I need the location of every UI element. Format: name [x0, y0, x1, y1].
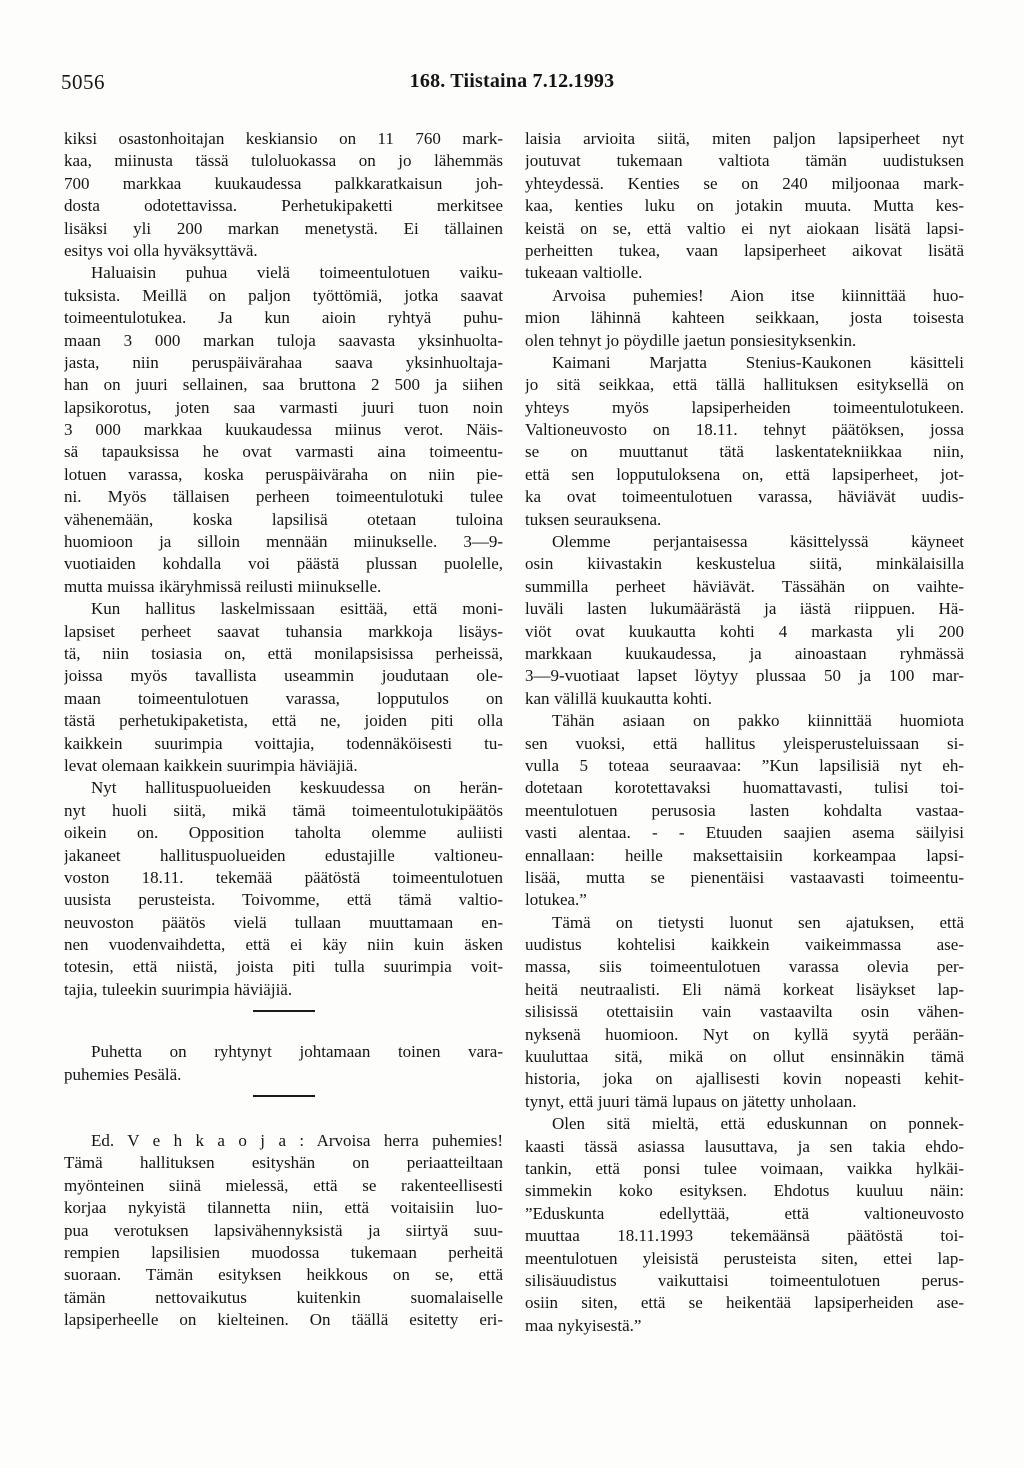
text-line: Olemme perjantaisessa käsittelyssä käyne…	[525, 531, 964, 553]
paragraph-hallituspuolueet: Nyt hallituspuolueiden keskuudessa on he…	[64, 777, 503, 1001]
text-line: yhteys myös lapsiperheiden toimeentulotu…	[525, 397, 964, 419]
text-line: summilla perheet häviävät. Tässähän on v…	[525, 576, 964, 598]
text-line: dotetaan korotettavaksi huomattavasti, t…	[525, 777, 964, 799]
text-line: korjaa nykyistä tilannetta niin, että vo…	[64, 1197, 503, 1219]
text-line: tästä perhetukipaketista, että ne, joide…	[64, 710, 503, 732]
session-header-title: 168. Tiistaina 7.12.1993	[0, 70, 1024, 93]
text-line: lapsiperheelle on kielteinen. On täällä …	[64, 1309, 503, 1331]
text-line: tukeaan valtiolle.	[525, 262, 964, 284]
text-line: vuotiaiden kohdalla voi päästä plussan p…	[64, 553, 503, 575]
chair-announcement: Puhetta on ryhtynyt johtamaan toinen var…	[64, 1041, 503, 1086]
paragraph-stenius-kaukonen: Kaimani Marjatta Stenius-Kaukonen käsitt…	[525, 352, 964, 531]
text-line: Ed. V e h k a o j a : Arvoisa herra puhe…	[64, 1130, 503, 1152]
text-line: Tämä on tietysti luonut sen ajatuksen, e…	[525, 912, 964, 934]
text-line: mutta muissa ikäryhmissä reilusti miinuk…	[64, 576, 503, 598]
paragraph-arvoisa-puhemies: Arvoisa puhemies! Aion itse kiinnittää h…	[525, 285, 964, 352]
text-line: 700 markkaa kuukaudessa palkkaratkaisun …	[64, 173, 503, 195]
text-line: lapsikorotus, joten saa varmasti juuri t…	[64, 397, 503, 419]
text-line: että sen lopputuloksena on, että lapsipe…	[525, 464, 964, 486]
text-line: osin kiivastakin keskustelua siitä, mink…	[525, 553, 964, 575]
text-line: Nyt hallituspuolueiden keskuudessa on he…	[64, 777, 503, 799]
text-line: toimeentulotukea. Ja kun aioin ryhtyä pu…	[64, 307, 503, 329]
text-line: 3—9-vuotiaat lapset löytyy plussaa 50 ja…	[525, 665, 964, 687]
text-line: Valtioneuvosto on 18.11. tehnyt päätökse…	[525, 419, 964, 441]
text-line: Kun hallitus laskelmissaan esittää, että…	[64, 598, 503, 620]
text-line: tuksista. Meillä on paljon työttömiä, jo…	[64, 285, 503, 307]
text-line: 3 000 markkaa kuukaudessa miinus verot. …	[64, 419, 503, 441]
text-line: tynyt, että juuri tämä lupaus on jätetty…	[525, 1091, 964, 1113]
text-line: neuvoston päätös vielä tullaan muuttamaa…	[64, 912, 503, 934]
text-line: Haluaisin puhua vielä toimeentulotuen va…	[64, 262, 503, 284]
right-text-column: laisia arvioita siitä, miten paljon laps…	[525, 128, 964, 1337]
text-line: kaikkein suurimpia voittajia, todennäköi…	[64, 733, 503, 755]
scanned-document-page: 5056 168. Tiistaina 7.12.1993 kiksi osas…	[0, 0, 1024, 1468]
text-line: historia, joka on ajallisesti kovin nope…	[525, 1068, 964, 1090]
text-line: jo sitä seikkaa, että tällä hallituksen …	[525, 374, 964, 396]
text-line: jasta, niin peruspäivärahaa saava yksinh…	[64, 352, 503, 374]
text-line: sen vuoksi, että hallitus yleisperustelu…	[525, 733, 964, 755]
text-line: maan 3 000 markan tuloja saavasta yksinh…	[64, 330, 503, 352]
text-line: nyt huoli siitä, mikä tämä toimeentulotu…	[64, 800, 503, 822]
text-line: ”Eduskunta edellyttää, että valtioneuvos…	[525, 1203, 964, 1225]
text-line: silisäuudistus vaikuttaisi toimeentulotu…	[525, 1270, 964, 1292]
text-line: lisää, mutta se pienentäisi vastaavasti …	[525, 867, 964, 889]
left-text-column: kiksi osastonhoitajan keskiansio on 11 7…	[64, 128, 503, 1337]
text-line: luväli lasten lukumäärästä ja iästä riip…	[525, 598, 964, 620]
text-line: huomioon ja silloin mennään miinukselle.…	[64, 531, 503, 553]
paragraph-perjantain-kasittely: Olemme perjantaisessa käsittelyssä käyne…	[525, 531, 964, 710]
paragraph-yleisperustelut-sitaatti: Tähän asiaan on pakko kiinnittää huomiot…	[525, 710, 964, 912]
paragraph-toimeentulotuki: Haluaisin puhua vielä toimeentulotuen va…	[64, 262, 503, 598]
text-line: Tämä hallituksen esityshän on periaattei…	[64, 1152, 503, 1174]
text-line: osiin siten, että se heikentää lapsiperh…	[525, 1292, 964, 1314]
text-line: sä tapauksissa he ovat varmasti aina toi…	[64, 441, 503, 463]
text-line: ennallaan: heille maksettaisiin korkeamp…	[525, 845, 964, 867]
text-line: Tähän asiaan on pakko kiinnittää huomiot…	[525, 710, 964, 732]
text-line: kaa, kenties luku on jotakin muuta. Mutt…	[525, 195, 964, 217]
speech-continuation-paragraph: kiksi osastonhoitajan keskiansio on 11 7…	[64, 128, 503, 262]
text-line: myönteinen siinä mielessä, että se raken…	[64, 1175, 503, 1197]
text-line: joissa myös tavallista useammin joudutaa…	[64, 665, 503, 687]
text-line: totesin, että niistä, joista piti tulla …	[64, 956, 503, 978]
page-header: 5056 168. Tiistaina 7.12.1993	[0, 70, 1024, 98]
speech-vehkaoja-continuation: laisia arvioita siitä, miten paljon laps…	[525, 128, 964, 285]
section-divider-rule	[253, 1010, 315, 1012]
text-line: kuuluttaa sitä, mikä on ollut ensinnäkin…	[525, 1046, 964, 1068]
text-line: nyksenä huomioon. Nyt on kyllä syytä per…	[525, 1024, 964, 1046]
text-line: nen vuodenvaihdetta, että ei käy niin ku…	[64, 934, 503, 956]
text-line: Arvoisa puhemies! Aion itse kiinnittää h…	[525, 285, 964, 307]
text-line: olen tehnyt jo pöydille jaetun ponsiesit…	[525, 330, 964, 352]
text-line: han on juuri sellainen, saa bruttona 2 5…	[64, 374, 503, 396]
paragraph-uudistuksen-neutraalius: Tämä on tietysti luonut sen ajatuksen, e…	[525, 912, 964, 1114]
two-column-text-area: kiksi osastonhoitajan keskiansio on 11 7…	[64, 128, 964, 1337]
text-line: tajia, tuleekin suurimpia häviäjiä.	[64, 979, 503, 1001]
text-line: maa nykyisestä.”	[525, 1315, 964, 1337]
text-line: kiksi osastonhoitajan keskiansio on 11 7…	[64, 128, 503, 150]
text-line: muuttaa 18.11.1993 tekemäänsä päätöstä t…	[525, 1225, 964, 1247]
text-line: jakaneet hallituspuolueiden edustajille …	[64, 845, 503, 867]
text-line: maan toimeentulotuen varassa, lopputulos…	[64, 688, 503, 710]
text-line: mion lähinnä kahteen seikkaan, josta toi…	[525, 307, 964, 329]
text-line: oikein on. Opposition taholta olemme aul…	[64, 822, 503, 844]
text-line: se on muuttanut tätä laskentatekniikkaa …	[525, 441, 964, 463]
text-line: lotuen varassa, koska peruspäiväraha on …	[64, 464, 503, 486]
text-line: dosta odotettavissa. Perhetukipaketti me…	[64, 195, 503, 217]
text-line: laisia arvioita siitä, miten paljon laps…	[525, 128, 964, 150]
text-line: vasti alentaa. - - Etuuden saajien asema…	[525, 822, 964, 844]
text-line: markkaan kuukaudessa, ja ainoastaan ryhm…	[525, 643, 964, 665]
text-line: meentulotuen yleisistä perusteista siten…	[525, 1248, 964, 1270]
text-line: ni. Myös tällaisen perheen toimeentulotu…	[64, 486, 503, 508]
text-line: pua verotuksen lapsivähennyksistä ja sii…	[64, 1220, 503, 1242]
text-line: tä, niin tosiasia on, että monilapsisiss…	[64, 643, 503, 665]
text-line: voston 18.11. tekemää päätöstä toimeentu…	[64, 867, 503, 889]
text-line: perheitten tukea, vaan lapsiperheet aiko…	[525, 240, 964, 262]
text-line: kan välillä kuukautta kohti.	[525, 688, 964, 710]
text-line: uusista perusteista. Toivomme, että tämä…	[64, 889, 503, 911]
text-line: kaasti tässä asiassa lausuttava, ja sen …	[525, 1136, 964, 1158]
text-line: silisissä otettaisiin vain vastaavilta o…	[525, 1001, 964, 1023]
text-line: tuksen seurauksena.	[525, 509, 964, 531]
text-line: vähenemään, koska lapsilisä otetaan tulo…	[64, 509, 503, 531]
section-divider-rule	[253, 1095, 315, 1097]
text-line: Kaimani Marjatta Stenius-Kaukonen käsitt…	[525, 352, 964, 374]
text-line: viöt ovat kuukautta kohti 4 markasta yli…	[525, 621, 964, 643]
text-line: Olen sitä mieltä, että eduskunnan on pon…	[525, 1113, 964, 1135]
text-line: uudistus kohtelisi kaikkein vaikeimmassa…	[525, 934, 964, 956]
text-line: suoraan. Tämän esityksen heikkous on se,…	[64, 1264, 503, 1286]
text-line: keistä on se, että valtio ei nyt aiokaan…	[525, 218, 964, 240]
text-line: simmekin koko esityksen. Ehdotus kuuluu …	[525, 1180, 964, 1202]
paragraph-hallituksen-laskelmat: Kun hallitus laskelmissaan esittää, että…	[64, 598, 503, 777]
text-line: rempien lapsilisien muodossa tukemaan pe…	[64, 1242, 503, 1264]
speech-vehkaoja: Ed. V e h k a o j a : Arvoisa herra puhe…	[64, 1130, 503, 1332]
text-line: lisäksi yli 200 markan menetystä. Ei täl…	[64, 218, 503, 240]
text-line: esitys voi olla hyväksyttävä.	[64, 240, 503, 262]
text-line: yhteydessä. Kenties se on 240 miljoonaa …	[525, 173, 964, 195]
paragraph-ponsiehdotus: Olen sitä mieltä, että eduskunnan on pon…	[525, 1113, 964, 1337]
text-line: puhemies Pesälä.	[64, 1064, 503, 1086]
text-line: heitä neutraalisti. Eli nämä korkeat lis…	[525, 979, 964, 1001]
text-line: kaa, miinusta tässä tuloluokassa on jo l…	[64, 150, 503, 172]
text-line: tämän nettovaikutus kuitenkin suomalaise…	[64, 1287, 503, 1309]
text-line: joutuvat tukemaan valtiota tämän uudistu…	[525, 150, 964, 172]
text-line: massa, siis toimeentulotuen varassa olev…	[525, 956, 964, 978]
text-line: meentulotuen perusosia lasten kohdalta v…	[525, 800, 964, 822]
text-line: lotukea.”	[525, 889, 964, 911]
text-line: ka ovat toimeentulotuen varassa, häviävä…	[525, 486, 964, 508]
text-line: levat olemaan kaikkein suurimpia häviäji…	[64, 755, 503, 777]
text-line: lapsiset perheet saavat tuhansia markkoj…	[64, 621, 503, 643]
text-line: vulla 5 toteaa seuraavaa: ”Kun lapsilisi…	[525, 755, 964, 777]
text-line: Puhetta on ryhtynyt johtamaan toinen var…	[64, 1041, 503, 1063]
text-line: tankin, että ponsi tulee voimaan, vaikka…	[525, 1158, 964, 1180]
